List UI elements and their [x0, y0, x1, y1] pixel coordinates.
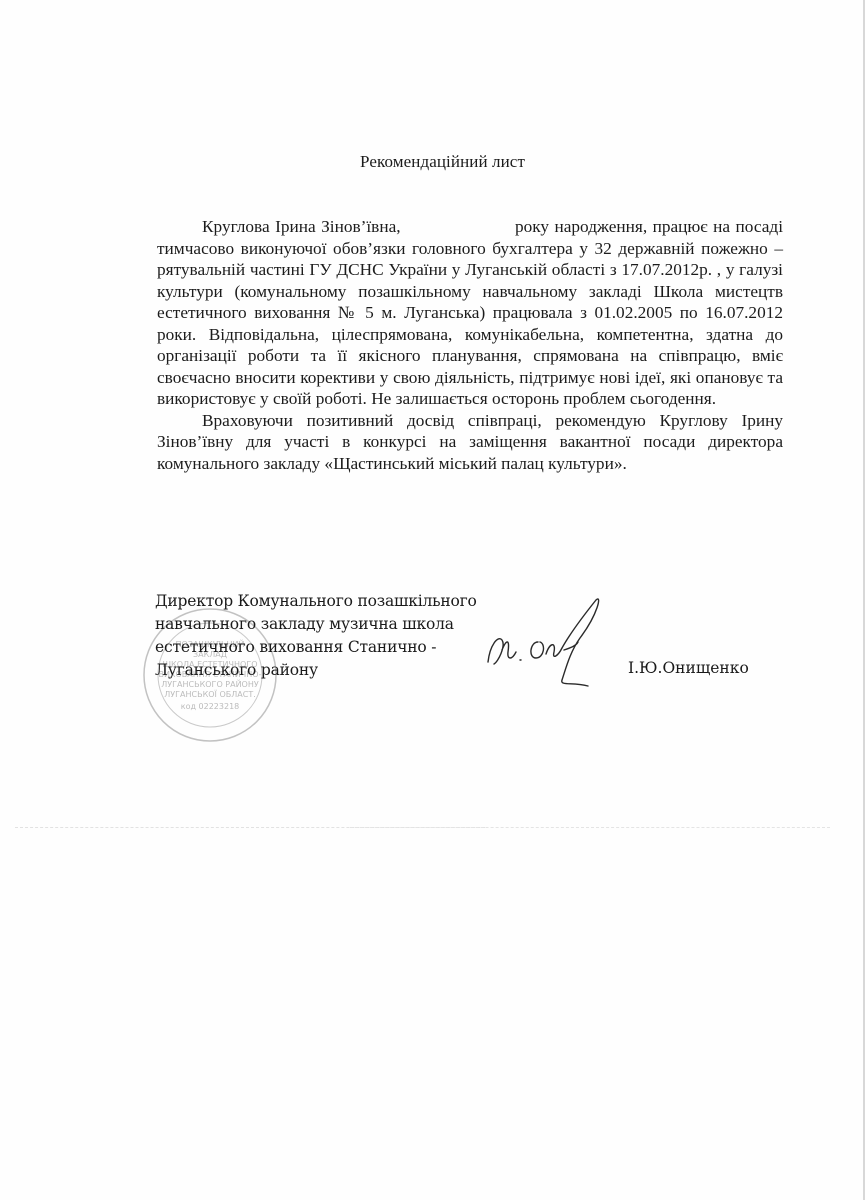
- signer-title-line: Директор Комунального позашкільного: [155, 590, 515, 613]
- scan-artifact-line: [350, 827, 830, 829]
- signer-name: І.Ю.Онищенко: [628, 659, 749, 677]
- document-page: Рекомендаційний лист Круглова Ірина Зіно…: [0, 0, 865, 1200]
- svg-text:ЛУГАНСЬКОЇ ОБЛАСТ.: ЛУГАНСЬКОЇ ОБЛАСТ.: [164, 689, 256, 699]
- paragraph-1: Круглова Ірина Зінов’ївна, року народжен…: [157, 216, 783, 410]
- signature-block: Директор Комунального позашкільного навч…: [155, 590, 515, 682]
- document-title: Рекомендаційний лист: [10, 152, 865, 172]
- handwritten-signature-icon: [480, 590, 610, 690]
- svg-text:код 02223218: код 02223218: [181, 702, 240, 711]
- paragraph-2: Враховуючи позитивний досвід співпраці, …: [157, 410, 783, 475]
- signer-title-line: Луганського району: [155, 659, 515, 682]
- signer-title-line: естетичного виховання Станично -: [155, 636, 515, 659]
- signer-title-line: навчального закладу музична школа: [155, 613, 515, 636]
- letter-body: Круглова Ірина Зінов’ївна, року народжен…: [157, 216, 783, 474]
